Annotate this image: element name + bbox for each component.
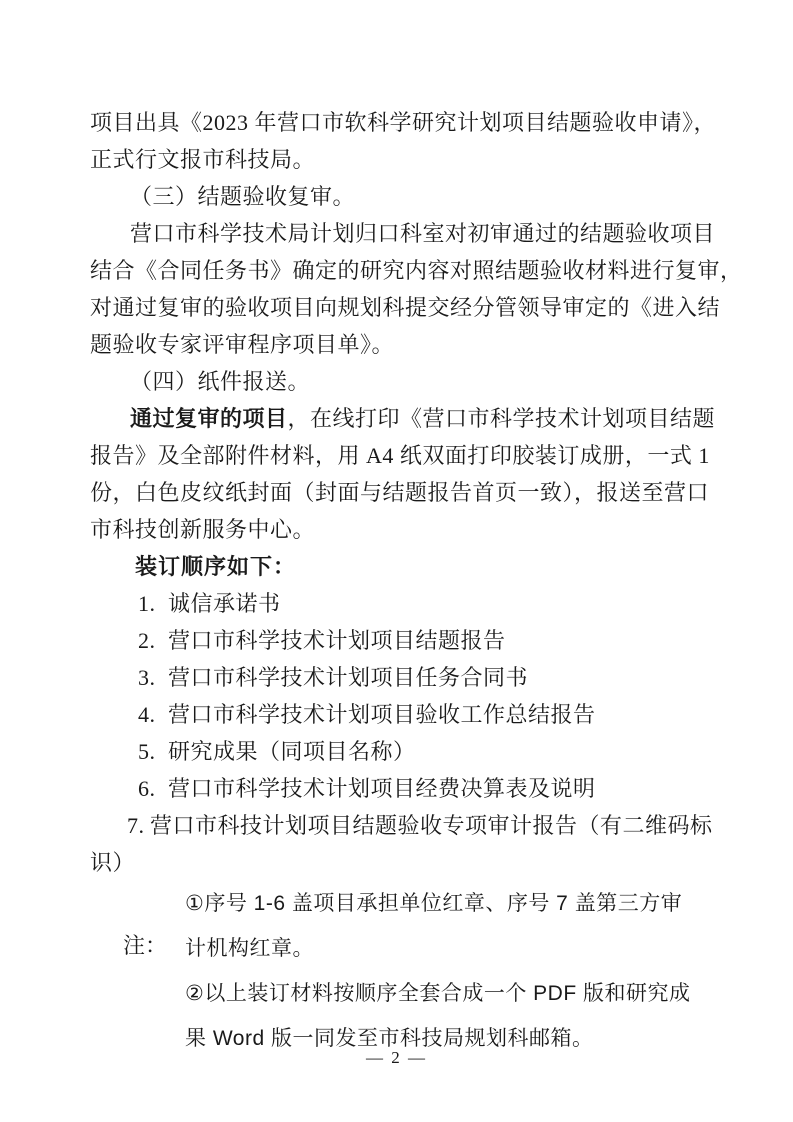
document-body: 项目出具《2023 年营口市软科学研究计划项目结题验收申请》，正式行文报市科技局…: [90, 104, 714, 1061]
line-text: 题验收专家评审程序项目单》。: [90, 332, 394, 357]
line-text: 份，白色皮纹纸封面（封面与结题报告首页一致），报送至营口: [90, 480, 709, 505]
note-line: ②以上装订材料按顺序全套合成一个 PDF 版和研究成: [185, 971, 714, 1016]
list-item-number: 1.: [138, 585, 168, 622]
body-line: 份，白色皮纹纸封面（封面与结题报告首页一致），报送至营口: [90, 474, 714, 511]
body-line: 报告》及全部附件材料，用 A4 纸双面打印胶装订成册，一式 1: [90, 437, 714, 474]
body-line: 对通过复审的验收项目向规划科提交经分管领导审定的《进入结: [90, 289, 714, 326]
line-text: 营口市科学技术计划项目任务合同书: [168, 665, 528, 690]
list-item-number: 2.: [138, 622, 168, 659]
line-text: ，在线打印《营口市科学技术计划项目结题: [288, 406, 716, 431]
body-text-block: 项目出具《2023 年营口市软科学研究计划项目结题验收申请》，正式行文报市科技局…: [90, 104, 714, 881]
binding-list-item: 3.营口市科学技术计划项目任务合同书: [90, 659, 714, 696]
note-line: ①序号 1-6 盖项目承担单位红章、序号 7 盖第三方审: [185, 881, 714, 926]
line-text: 诚信承诺书: [168, 591, 281, 616]
body-line: 营口市科学技术局计划归口科室对初审通过的结题验收项目: [90, 215, 714, 252]
list-item-number: 6.: [138, 770, 168, 807]
body-line: （三）结题验收复审。: [90, 178, 714, 215]
body-line: 正式行文报市科技局。: [90, 141, 714, 178]
document-page: 项目出具《2023 年营口市软科学研究计划项目结题验收申请》，正式行文报市科技局…: [0, 0, 793, 1122]
line-text: 正式行文报市科技局。: [90, 147, 315, 172]
line-text: 报告》及全部附件材料，用 A4 纸双面打印胶装订成册，一式 1: [90, 443, 710, 468]
line-text: 营口市科学技术局计划归口科室对初审通过的结题验收项目: [130, 221, 715, 246]
binding-list-item: 4.营口市科学技术计划项目验收工作总结报告: [90, 696, 714, 733]
line-text: 识）: [90, 850, 135, 875]
page-number: — 2 —: [0, 1048, 793, 1068]
line-text: 研究成果（同项目名称）: [168, 739, 416, 764]
body-line: 项目出具《2023 年营口市软科学研究计划项目结题验收申请》，: [90, 104, 714, 141]
line-text: 营口市科学技术计划项目验收工作总结报告: [168, 702, 596, 727]
body-line: 市科技创新服务中心。: [90, 511, 714, 548]
note-line: 计机构红章。: [185, 926, 714, 971]
line-text: 营口市科学技术计划项目结题报告: [168, 628, 506, 653]
line-text: （三）结题验收复审。: [130, 184, 355, 209]
bold-lead-text: 通过复审的项目: [130, 406, 288, 431]
binding-list-item: 2.营口市科学技术计划项目结题报告: [90, 622, 714, 659]
body-line: 识）: [90, 844, 714, 881]
body-line: （四）纸件报送。: [90, 363, 714, 400]
binding-list-item: 6.营口市科学技术计划项目经费决算表及说明: [90, 770, 714, 807]
line-text: 项目出具《2023 年营口市软科学研究计划项目结题验收申请》，: [90, 110, 716, 135]
list-item-number: 7.: [127, 807, 150, 844]
line-text: 装订顺序如下：: [135, 554, 296, 579]
note-label: 注：: [123, 933, 167, 959]
body-line: 通过复审的项目，在线打印《营口市科学技术计划项目结题: [90, 400, 714, 437]
line-text: （四）纸件报送。: [130, 369, 310, 394]
body-line: 题验收专家评审程序项目单》。: [90, 326, 714, 363]
binding-list-item: 1.诚信承诺书: [90, 585, 714, 622]
line-text: 对通过复审的验收项目向规划科提交经分管领导审定的《进入结: [90, 295, 720, 320]
binding-list-item: 5.研究成果（同项目名称）: [90, 733, 714, 770]
list-item-number: 3.: [138, 659, 168, 696]
list-item-number: 4.: [138, 696, 168, 733]
note-block: 注： ①序号 1-6 盖项目承担单位红章、序号 7 盖第三方审计机构红章。②以上…: [90, 881, 714, 1061]
line-text: 营口市科技计划项目结题验收专项审计报告（有二维码标: [150, 813, 713, 838]
line-text: 结合《合同任务书》确定的研究内容对照结题验收材料进行复审，: [90, 258, 743, 283]
line-text: 营口市科学技术计划项目经费决算表及说明: [168, 776, 596, 801]
list-item-number: 5.: [138, 733, 168, 770]
binding-list-item: 7.营口市科技计划项目结题验收专项审计报告（有二维码标: [90, 807, 714, 844]
binding-order-heading: 装订顺序如下：: [90, 548, 714, 585]
line-text: 市科技创新服务中心。: [90, 517, 315, 542]
body-line: 结合《合同任务书》确定的研究内容对照结题验收材料进行复审，: [90, 252, 714, 289]
note-text-block: ①序号 1-6 盖项目承担单位红章、序号 7 盖第三方审计机构红章。②以上装订材…: [185, 881, 714, 1061]
